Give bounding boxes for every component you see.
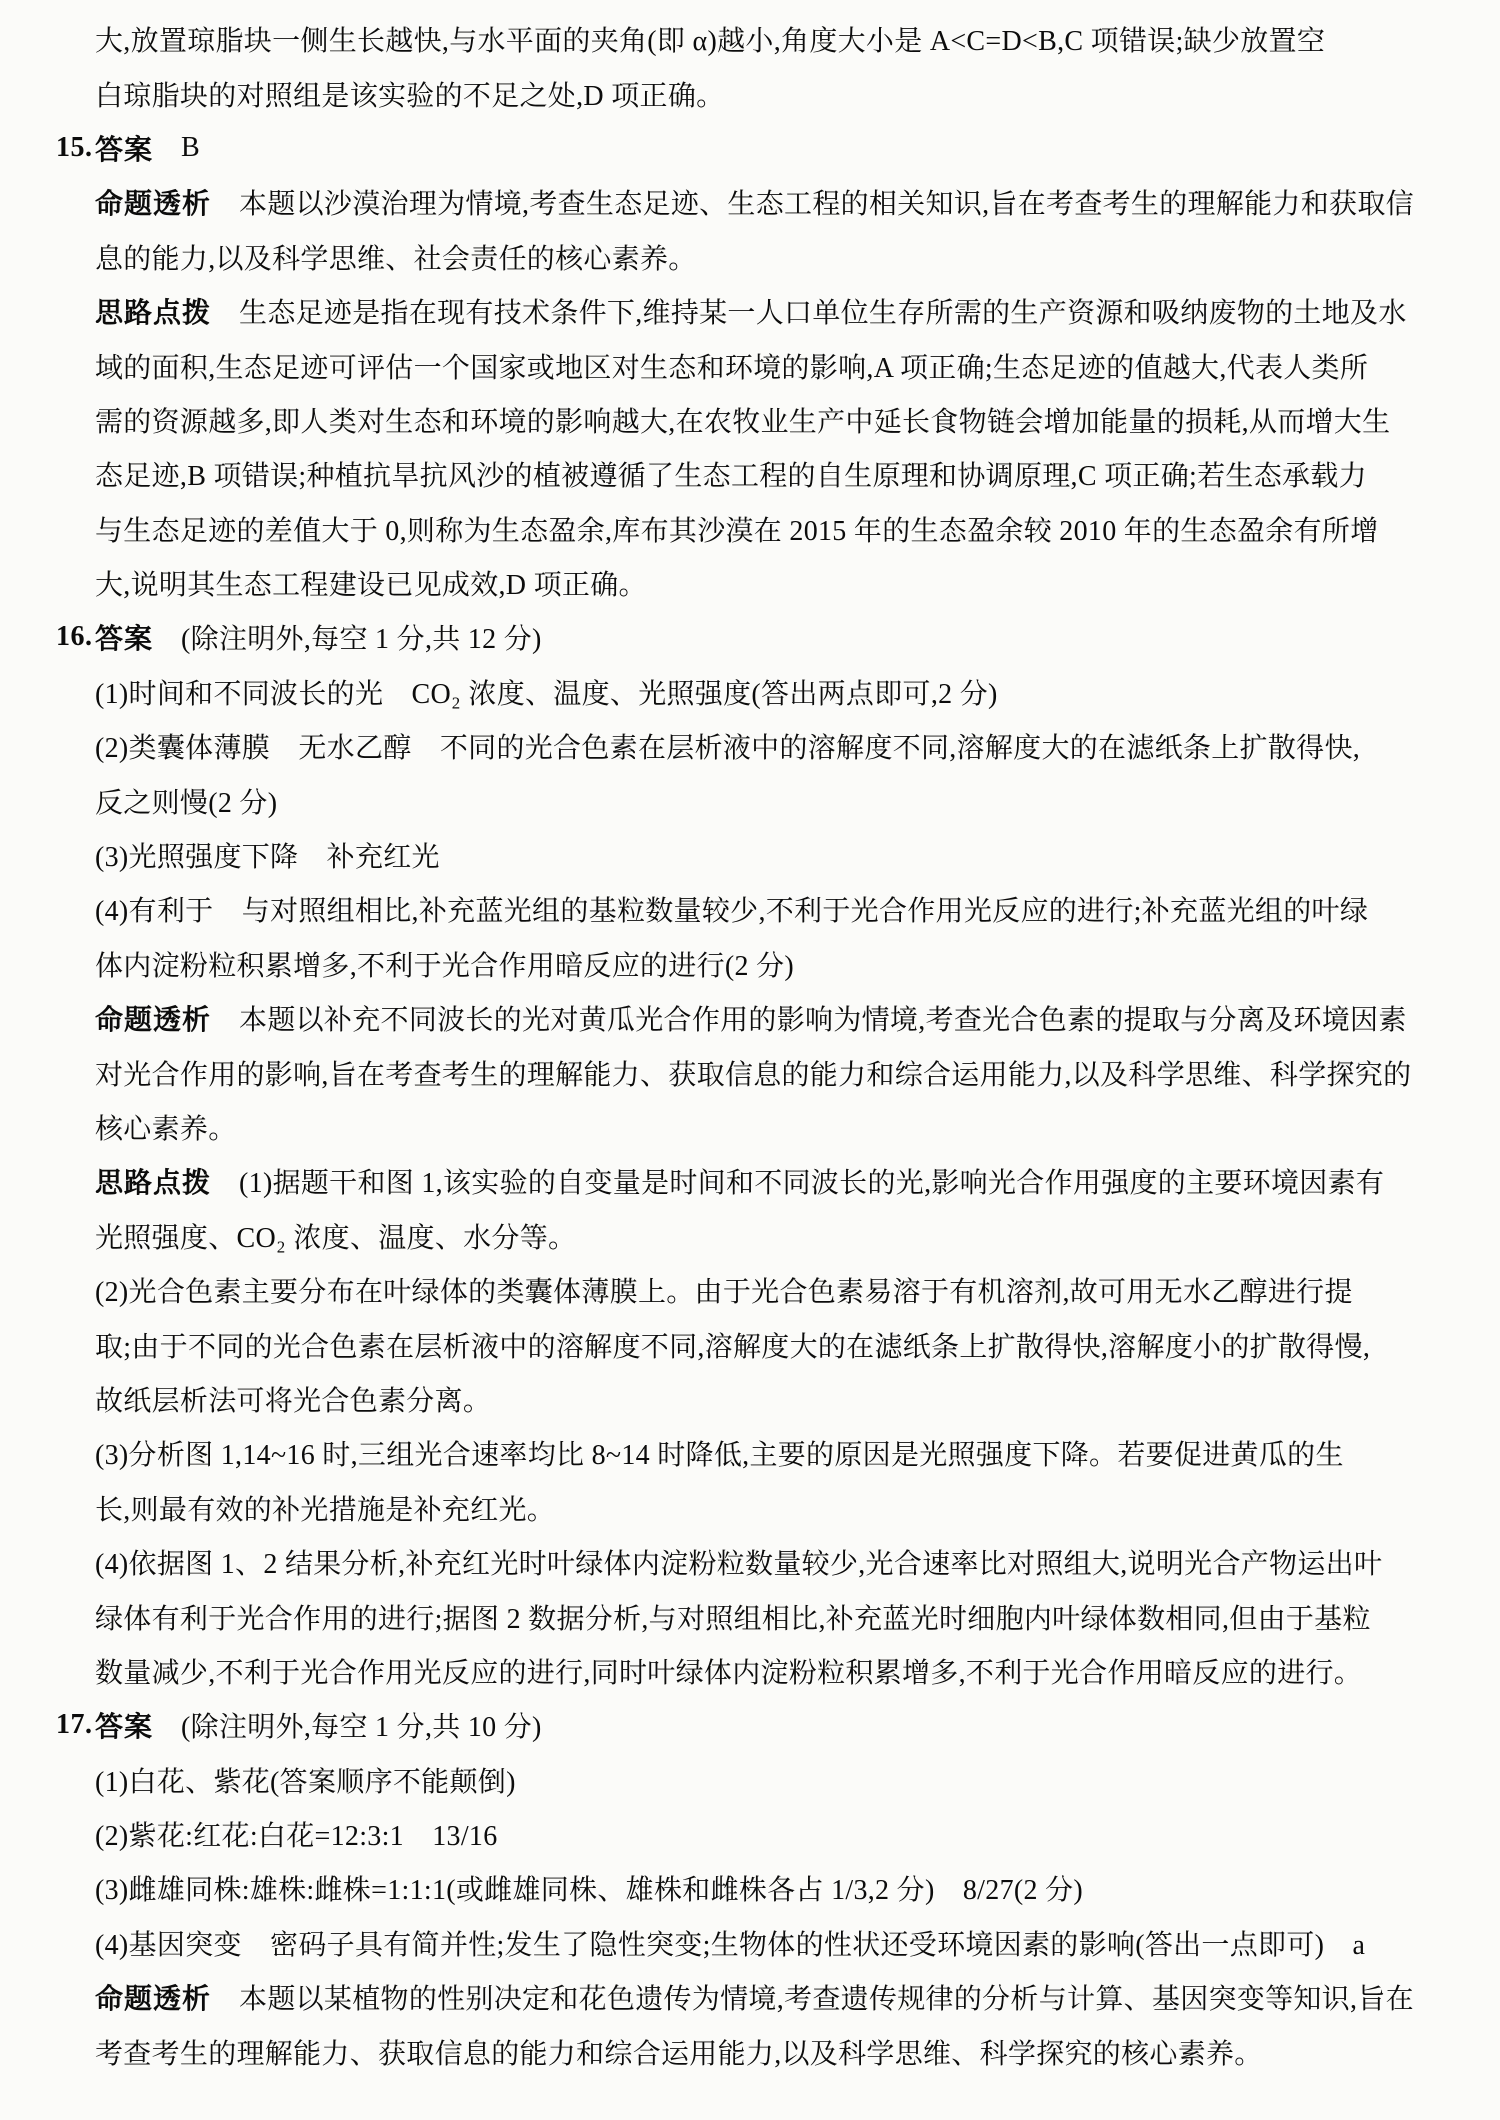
line-text: 白琼脂块的对照组是该实验的不足之处,D 项正确。 [95, 74, 724, 114]
line-text: (2)光合色素主要分布在叶绿体的类囊体薄膜上。由于光合色素易溶于有机溶剂,故可用… [95, 1270, 1353, 1310]
line-text: 大,说明其生态工程建设已见成效,D 项正确。 [95, 563, 647, 603]
line-text: B [181, 132, 200, 164]
answer-line: 息的能力,以及科学思维、社会责任的核心素养。 [0, 230, 1500, 284]
question-number: 15. [56, 132, 93, 164]
answer-line: (3)光照强度下降 补充红光 [0, 828, 1500, 882]
answer-line: (4)依据图 1、2 结果分析,补充红光时叶绿体内淀粉粒数量较少,光合速率比对照… [0, 1535, 1500, 1589]
line-text: 域的面积,生态足迹可评估一个国家或地区对生态和环境的影响,A 项正确;生态足迹的… [95, 346, 1368, 386]
answer-line: (2)光合色素主要分布在叶绿体的类囊体薄膜上。由于光合色素易溶于有机溶剂,故可用… [0, 1263, 1500, 1317]
answer-line: 16.答案(除注明外,每空 1 分,共 12 分) [0, 610, 1500, 664]
line-text: 数量减少,不利于光合作用光反应的进行,同时叶绿体内淀粉粒积累增多,不利于光合作用… [95, 1651, 1362, 1691]
section-label: 思路点拨 [95, 291, 211, 331]
answer-line: 核心素养。 [0, 1100, 1500, 1154]
section-label: 命题透析 [95, 1977, 211, 2017]
answer-line: (4)有利于 与对照组相比,补充蓝光组的基粒数量较少,不利于光合作用光反应的进行… [0, 882, 1500, 936]
line-text: 需的资源越多,即人类对生态和环境的影响越大,在农牧业生产中延长食物链会增加能量的… [95, 400, 1390, 440]
line-text: 长,则最有效的补光措施是补充红光。 [95, 1488, 555, 1528]
answer-line: (1)时间和不同波长的光 CO₂ 浓度、温度、光照强度(答出两点即可,2 分) [0, 665, 1500, 719]
answer-line: 考查考生的理解能力、获取信息的能力和综合运用能力,以及科学思维、科学探究的核心素… [0, 2024, 1500, 2078]
answer-line: 17.答案(除注明外,每空 1 分,共 10 分) [0, 1698, 1500, 1752]
line-text: 绿体有利于光合作用的进行;据图 2 数据分析,与对照组相比,补充蓝光时细胞内叶绿… [95, 1597, 1371, 1637]
answer-line: (3)雌雄同株:雄株:雌株=1:1:1(或雌雄同株、雄株和雌株各占 1/3,2 … [0, 1861, 1500, 1915]
answer-line: 思路点拨(1)据题干和图 1,该实验的自变量是时间和不同波长的光,影响光合作用强… [0, 1154, 1500, 1208]
line-text: (3)分析图 1,14~16 时,三组光合速率均比 8~14 时降低,主要的原因… [95, 1433, 1344, 1473]
section-label: 答案 [95, 617, 153, 657]
answer-line: 态足迹,B 项错误;种植抗旱抗风沙的植被遵循了生态工程的自生原理和协调原理,C … [0, 447, 1500, 501]
line-text: 生态足迹是指在现有技术条件下,维持某一人口单位生存所需的生产资源和吸纳废物的土地… [239, 291, 1407, 331]
answer-line: 光照强度、CO₂ 浓度、温度、水分等。 [0, 1209, 1500, 1263]
line-text: 对光合作用的影响,旨在考查考生的理解能力、获取信息的能力和综合运用能力,以及科学… [95, 1053, 1411, 1093]
line-text: (4)基因突变 密码子具有简并性;发生了隐性突变;生物体的性状还受环境因素的影响… [95, 1923, 1365, 1963]
answer-line: 大,放置琼脂块一侧生长越快,与水平面的夹角(即 α)越小,角度大小是 A<C=D… [0, 12, 1500, 66]
section-label: 答案 [95, 128, 153, 168]
line-text: 态足迹,B 项错误;种植抗旱抗风沙的植被遵循了生态工程的自生原理和协调原理,C … [95, 454, 1367, 494]
answer-line: 绿体有利于光合作用的进行;据图 2 数据分析,与对照组相比,补充蓝光时细胞内叶绿… [0, 1589, 1500, 1643]
answer-line: 长,则最有效的补光措施是补充红光。 [0, 1481, 1500, 1535]
answer-line: 故纸层析法可将光合色素分离。 [0, 1372, 1500, 1426]
answer-line: 与生态足迹的差值大于 0,则称为生态盈余,库布其沙漠在 2015 年的生态盈余较… [0, 502, 1500, 556]
section-label: 思路点拨 [95, 1161, 211, 1201]
line-text: 本题以补充不同波长的光对黄瓜光合作用的影响为情境,考查光合色素的提取与分离及环境… [239, 998, 1407, 1038]
line-text: 大,放置琼脂块一侧生长越快,与水平面的夹角(即 α)越小,角度大小是 A<C=D… [95, 19, 1325, 59]
line-text: 取;由于不同的光合色素在层析液中的溶解度不同,溶解度大的在滤纸条上扩散得快,溶解… [95, 1325, 1370, 1365]
line-text: (2)紫花:红花:白花=12:3:1 13/16 [95, 1814, 498, 1854]
answer-line: 白琼脂块的对照组是该实验的不足之处,D 项正确。 [0, 66, 1500, 120]
section-label: 命题透析 [95, 182, 211, 222]
answer-key-page: 大,放置琼脂块一侧生长越快,与水平面的夹角(即 α)越小,角度大小是 A<C=D… [0, 0, 1500, 2120]
answer-line: (4)基因突变 密码子具有简并性;发生了隐性突变;生物体的性状还受环境因素的影响… [0, 1916, 1500, 1970]
line-text: (4)有利于 与对照组相比,补充蓝光组的基粒数量较少,不利于光合作用光反应的进行… [95, 889, 1368, 929]
line-text: (1)据题干和图 1,该实验的自变量是时间和不同波长的光,影响光合作用强度的主要… [239, 1161, 1384, 1201]
line-text: (除注明外,每空 1 分,共 12 分) [181, 617, 542, 657]
line-text: 息的能力,以及科学思维、社会责任的核心素养。 [95, 237, 697, 277]
line-text: 本题以某植物的性别决定和花色遗传为情境,考查遗传规律的分析与计算、基因突变等知识… [239, 1977, 1414, 2017]
answer-line: 对光合作用的影响,旨在考查考生的理解能力、获取信息的能力和综合运用能力,以及科学… [0, 1045, 1500, 1099]
line-text: (1)白花、紫花(答案顺序不能颠倒) [95, 1760, 516, 1800]
line-text: 核心素养。 [95, 1107, 237, 1147]
line-text: 光照强度、CO₂ 浓度、温度、水分等。 [95, 1216, 576, 1256]
question-number: 16. [56, 621, 93, 653]
line-text: 本题以沙漠治理为情境,考查生态足迹、生态工程的相关知识,旨在考查考生的理解能力和… [239, 182, 1414, 222]
line-text: (3)光照强度下降 补充红光 [95, 835, 440, 875]
line-text: 考查考生的理解能力、获取信息的能力和综合运用能力,以及科学思维、科学探究的核心素… [95, 2032, 1263, 2072]
line-text: (4)依据图 1、2 结果分析,补充红光时叶绿体内淀粉粒数量较少,光合速率比对照… [95, 1542, 1382, 1582]
answer-line: 数量减少,不利于光合作用光反应的进行,同时叶绿体内淀粉粒积累增多,不利于光合作用… [0, 1644, 1500, 1698]
answer-line: 体内淀粉粒积累增多,不利于光合作用暗反应的进行(2 分) [0, 937, 1500, 991]
line-text: 与生态足迹的差值大于 0,则称为生态盈余,库布其沙漠在 2015 年的生态盈余较… [95, 509, 1379, 549]
question-number: 17. [56, 1709, 93, 1741]
answer-line: 反之则慢(2 分) [0, 773, 1500, 827]
section-label: 答案 [95, 1705, 153, 1745]
answer-line: 需的资源越多,即人类对生态和环境的影响越大,在农牧业生产中延长食物链会增加能量的… [0, 393, 1500, 447]
answer-line: (2)紫花:红花:白花=12:3:1 13/16 [0, 1807, 1500, 1861]
answer-line: 大,说明其生态工程建设已见成效,D 项正确。 [0, 556, 1500, 610]
line-text: 故纸层析法可将光合色素分离。 [95, 1379, 491, 1419]
line-text: 反之则慢(2 分) [95, 781, 277, 821]
line-text: (1)时间和不同波长的光 CO₂ 浓度、温度、光照强度(答出两点即可,2 分) [95, 672, 998, 712]
answer-line: 命题透析本题以沙漠治理为情境,考查生态足迹、生态工程的相关知识,旨在考查考生的理… [0, 175, 1500, 229]
answer-line: 域的面积,生态足迹可评估一个国家或地区对生态和环境的影响,A 项正确;生态足迹的… [0, 338, 1500, 392]
line-text: (除注明外,每空 1 分,共 10 分) [181, 1705, 542, 1745]
answer-line: (3)分析图 1,14~16 时,三组光合速率均比 8~14 时降低,主要的原因… [0, 1426, 1500, 1480]
answer-line: 15.答案B [0, 121, 1500, 175]
answer-line: (1)白花、紫花(答案顺序不能颠倒) [0, 1753, 1500, 1807]
answer-line: 命题透析本题以某植物的性别决定和花色遗传为情境,考查遗传规律的分析与计算、基因突… [0, 1970, 1500, 2024]
line-text: (2)类囊体薄膜 无水乙醇 不同的光合色素在层析液中的溶解度不同,溶解度大的在滤… [95, 726, 1360, 766]
answer-line: 命题透析本题以补充不同波长的光对黄瓜光合作用的影响为情境,考查光合色素的提取与分… [0, 991, 1500, 1045]
answer-line: 取;由于不同的光合色素在层析液中的溶解度不同,溶解度大的在滤纸条上扩散得快,溶解… [0, 1317, 1500, 1371]
line-text: (3)雌雄同株:雄株:雌株=1:1:1(或雌雄同株、雄株和雌株各占 1/3,2 … [95, 1868, 1083, 1908]
answer-line: (2)类囊体薄膜 无水乙醇 不同的光合色素在层析液中的溶解度不同,溶解度大的在滤… [0, 719, 1500, 773]
answer-line: 思路点拨生态足迹是指在现有技术条件下,维持某一人口单位生存所需的生产资源和吸纳废… [0, 284, 1500, 338]
line-text: 体内淀粉粒积累增多,不利于光合作用暗反应的进行(2 分) [95, 944, 794, 984]
section-label: 命题透析 [95, 998, 211, 1038]
